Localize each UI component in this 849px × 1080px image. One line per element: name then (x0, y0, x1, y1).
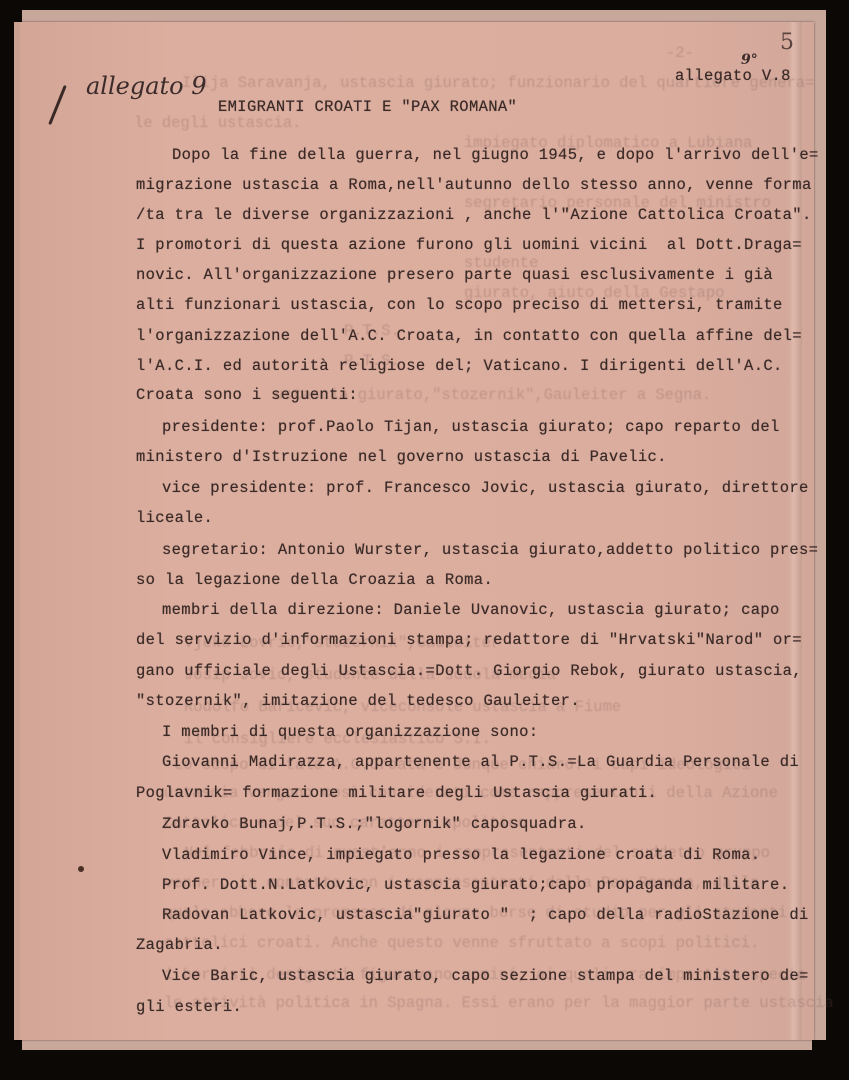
page-left-edge (14, 22, 20, 1040)
document-page: -2- Ilija Saravanja, ustascia giurato; f… (14, 22, 814, 1040)
body-line: Zdravko Bunaj,P.T.S.;"logornik" caposqua… (162, 815, 587, 833)
page-fold-crease (788, 22, 802, 1040)
handwritten-superscript-mark: 9° (741, 52, 758, 68)
body-line: liceale. (136, 509, 213, 527)
body-line: presidente: prof.Paolo Tijan, ustascia g… (162, 418, 780, 436)
body-line: del servizio d'informazioni stampa; reda… (136, 631, 802, 649)
body-line: Zagabria. (136, 936, 223, 954)
body-line: "stozernik", imitazione del tedesco Gaul… (136, 692, 580, 710)
body-line: membri della direzione: Daniele Uvanovic… (162, 601, 780, 619)
body-line: /ta tra le diverse organizzazioni , anch… (136, 206, 812, 224)
body-line: gli esteri. (136, 998, 242, 1016)
body-line: vice presidente: prof. Francesco Jovic, … (162, 479, 809, 497)
show-through-line: le degli ustascia. (134, 114, 301, 132)
body-line: gano ufficiale degli Ustascia.=Dott. Gio… (136, 662, 802, 680)
handwritten-page-number: 5 (780, 30, 794, 55)
body-line: Dopo la fine della guerra, nel giugno 19… (172, 146, 819, 164)
body-line: Radovan Latkovic, ustascia"giurato " ; c… (162, 906, 809, 924)
body-line: I membri di questa organizzazione sono: (162, 723, 538, 741)
body-line: migrazione ustascia a Roma,nell'autunno … (136, 176, 812, 194)
body-line: Croata sono i seguenti: (136, 386, 358, 404)
body-line: Vladimiro Vince, impiegato presso la leg… (162, 846, 760, 864)
document-title: EMIGRANTI CROATI E "PAX ROMANA" (218, 98, 517, 116)
handwritten-slash-mark (48, 85, 67, 125)
body-line: Vice Baric, ustascia giurato, capo sezio… (162, 967, 809, 985)
body-line: l'organizzazione dell'A.C. Croata, in co… (136, 327, 802, 345)
body-line: l'A.C.I. ed autorità religiose del; Vati… (136, 357, 783, 375)
body-line: I promotori di questa azione furono gli … (136, 236, 802, 254)
page-corner-notch (812, 1040, 826, 1050)
body-line: Poglavnik= formazione militare degli Ust… (136, 784, 657, 802)
body-line: ministero d'Istruzione nel governo ustas… (136, 448, 667, 466)
body-line: alti funzionari ustascia, con lo scopo p… (136, 296, 783, 314)
scan-background: -2- Ilija Saravanja, ustascia giurato; f… (0, 0, 849, 1080)
body-line: novic. All'organizzazione presero parte … (136, 266, 773, 284)
ink-dot-mark (78, 866, 84, 872)
show-through-line: cattolici croati. Anche questo venne sfr… (164, 934, 759, 952)
show-through-line: le attività politica in Spagna. Essi era… (164, 994, 834, 1012)
attachment-label: allegato V.8 (675, 67, 791, 85)
show-through-page-number: -2- (666, 44, 694, 62)
body-line: so la legazione della Croazia a Roma. (136, 571, 493, 589)
body-line: Giovanni Madirazza, appartenente al P.T.… (162, 753, 799, 771)
body-line: Prof. Dott.N.Latkovic, ustascia giurato;… (162, 876, 789, 894)
body-line: segretario: Antonio Wurster, ustascia gi… (162, 541, 818, 559)
handwritten-allegato-annotation: allegato 9 (86, 72, 207, 100)
